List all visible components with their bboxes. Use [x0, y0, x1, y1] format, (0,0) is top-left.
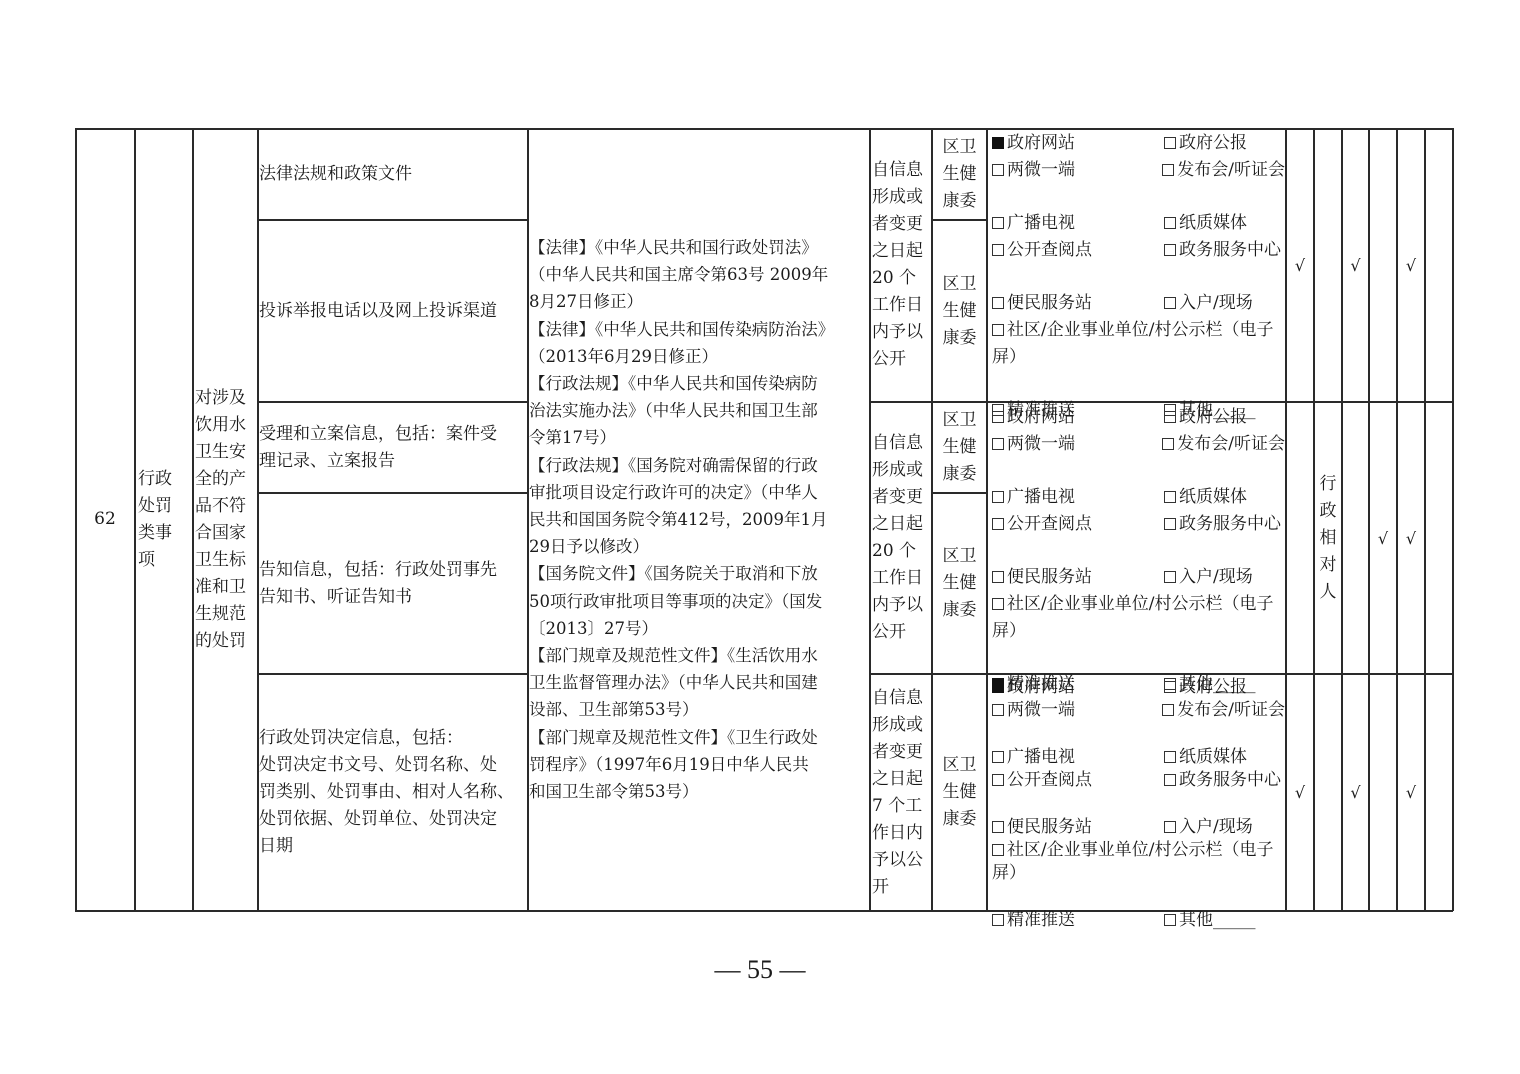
channel-row: 广播电视 纸质媒体 [992, 746, 1285, 769]
item-category: 行政 处罚 类事 项 [136, 129, 192, 910]
checkbox-empty-icon [992, 297, 1004, 309]
checkbox-empty-icon [1164, 821, 1176, 833]
channel-row: 社区/企业事业单位/村公示栏（电子屏） [992, 317, 1285, 370]
basis-line: （2013年6月29日修正） [529, 343, 869, 370]
mark-cell [1287, 403, 1313, 673]
checkbox-empty-icon [1162, 704, 1174, 716]
basis-line: 【法律】《中华人民共和国行政处罚法》 [529, 234, 869, 261]
checkmark-icon: √ [1350, 779, 1360, 806]
row-number: 62 [76, 129, 134, 910]
checkbox-empty-icon [1164, 491, 1176, 503]
basis-line: （中华人民共和国主席令第63号 2009年 [529, 261, 869, 288]
basis-line: 29日予以修改） [529, 533, 869, 560]
basis-line: 治法实施办法》（中华人民共和国卫生部 [529, 397, 869, 424]
mark-cell: √ [1287, 675, 1313, 910]
content-item-case-filing: 受理和立案信息，包括：案件受 理记录、立案报告 [259, 403, 527, 492]
item-category-text: 行政 处罚 类事 项 [138, 466, 172, 574]
checkbox-empty-icon [992, 411, 1004, 423]
content-item-laws-policies: 法律法规和政策文件 [259, 129, 527, 219]
responsible-dept: 区卫 生健 康委 [933, 675, 986, 910]
channel-row: 便民服务站 入户/现场 [992, 290, 1285, 317]
mark-cell: √ [1343, 675, 1368, 910]
document-page: 62 行政 处罚 类事 项 对涉及 饮用水 卫生安 全的产 品不符 合国家 卫生… [0, 0, 1520, 1074]
basis-line: 【法律】《中华人民共和国传染病防治法》 [529, 316, 869, 343]
checkmark-icon: √ [1406, 252, 1416, 279]
disclosure-channels-group-3: 政府网站 政府公报 两微一端 发布会/听证会 广播电视 纸质媒体 公开查阅点 政… [988, 675, 1285, 910]
checkbox-empty-icon [992, 774, 1004, 786]
channel-row: 两微一端 发布会/听证会 [992, 699, 1285, 722]
basis-line: 〔2013〕27号） [529, 615, 869, 642]
mark-cell [1370, 675, 1396, 910]
channel-row: 两微一端 发布会/听证会 [992, 431, 1285, 458]
basis-line: 审批项目设定行政许可的决定》（中华人 [529, 479, 869, 506]
checkbox-empty-icon [992, 217, 1004, 229]
mark-cell: √ [1287, 129, 1313, 401]
checkbox-empty-icon [1162, 164, 1174, 176]
checkbox-empty-icon [992, 844, 1004, 856]
content-item-complaint-channels: 投诉举报电话以及网上投诉渠道 [259, 221, 527, 401]
channel-row: 两微一端 发布会/听证会 [992, 157, 1285, 184]
responsible-dept: 区卫 生健 康委 [933, 129, 986, 219]
item-subject: 对涉及 饮用水 卫生安 全的产 品不符 合国家 卫生标 准和卫 生规范 的处罚 [194, 129, 257, 910]
checkmark-icon: √ [1406, 525, 1416, 552]
content-item-notification: 告知信息，包括：行政处罚事先 告知书、听证告知书 [259, 494, 527, 673]
basis-line: 【行政法规】《中华人民共和国传染病防 [529, 370, 869, 397]
mark-cell: √ [1398, 403, 1424, 673]
target-audience: 行 政 相 对 人 [1315, 403, 1341, 673]
channel-row: 公开查阅点 政务服务中心 [992, 237, 1285, 264]
mark-cell [1426, 675, 1452, 910]
content-item-penalty-decision: 行政处罚决定信息，包括： 处罚决定书文号、处罚名称、处 罚类别、处罚事由、相对人… [259, 675, 527, 910]
disclosure-deadline-group-1: 自信息 形成或 者变更 之日起 20 个 工作日 内予以 公开 [872, 129, 931, 401]
checkbox-empty-icon [992, 438, 1004, 450]
checkbox-empty-icon [1164, 751, 1176, 763]
responsible-dept: 区卫 生健 康委 [933, 403, 986, 492]
row-number-text: 62 [94, 506, 116, 533]
basis-line: 卫生监督管理办法》（中华人民共和国建 [529, 669, 869, 696]
checkbox-checked-icon [992, 137, 1004, 149]
legal-basis: 【法律】《中华人民共和国行政处罚法》 （中华人民共和国主席令第63号 2009年… [529, 234, 869, 805]
responsible-dept: 区卫 生健 康委 [933, 494, 986, 673]
checkbox-empty-icon [992, 821, 1004, 833]
disclosure-channels-group-2: 政府网站 政府公报 两微一端 发布会/听证会 广播电视 纸质媒体 公开查阅点 政… [988, 403, 1285, 673]
disclosure-deadline-group-2: 自信息 形成或 者变更 之日起 20 个 工作日 内予以 公开 [872, 403, 931, 673]
checkmark-icon: √ [1350, 252, 1360, 279]
checkmark-icon: √ [1406, 779, 1416, 806]
checkmark-icon: √ [1378, 525, 1388, 552]
checkbox-empty-icon [1164, 137, 1176, 149]
basis-line: 民共和国国务院令第412号，2009年1月 [529, 506, 869, 533]
mark-cell [1426, 129, 1452, 401]
checkbox-empty-icon [992, 518, 1004, 530]
basis-line: 【国务院文件】《国务院关于取消和下放 [529, 560, 869, 587]
channel-row: 社区/企业事业单位/村公示栏（电子屏） [992, 839, 1285, 886]
basis-line: 【部门规章及规范性文件】《卫生行政处 [529, 724, 869, 751]
mark-cell: √ [1398, 675, 1424, 910]
channel-row: 精准推送 其他_____ [992, 909, 1285, 932]
basis-line: 8月27日修正） [529, 288, 869, 315]
responsible-dept: 区卫 生健 康委 [933, 221, 986, 401]
page-number: — 55 — [0, 955, 1520, 985]
basis-line: 罚程序》（1997年6月19日中华人民共 [529, 751, 869, 778]
channel-row: 广播电视 纸质媒体 [992, 484, 1285, 511]
checkbox-empty-icon [992, 598, 1004, 610]
disclosure-deadline-group-3: 自信息 形成或 者变更 之日起 7 个工 作日内 予以公 开 [872, 675, 931, 910]
mark-cell [1370, 129, 1396, 401]
checkbox-empty-icon [992, 244, 1004, 256]
checkbox-empty-icon [992, 324, 1004, 336]
checkbox-empty-icon [1164, 217, 1176, 229]
mark-cell [1343, 403, 1368, 673]
mark-cell [1315, 129, 1341, 401]
checkmark-icon: √ [1295, 252, 1305, 279]
channel-row: 政府网站 政府公报 [992, 130, 1285, 157]
checkbox-empty-icon [1164, 244, 1176, 256]
channel-row: 政府网站 政府公报 [992, 404, 1285, 431]
basis-line: 令第17号） [529, 424, 869, 451]
channel-row: 公开查阅点 政务服务中心 [992, 769, 1285, 792]
disclosure-channels-group-1: 政府网站 政府公报 两微一端 发布会/听证会 广播电视 纸质媒体 公开查阅点 政… [988, 129, 1285, 401]
checkbox-empty-icon [1164, 571, 1176, 583]
checkbox-empty-icon [1164, 518, 1176, 530]
checkbox-empty-icon [992, 914, 1004, 926]
basis-line: 【部门规章及规范性文件】《生活饮用水 [529, 642, 869, 669]
mark-cell: √ [1370, 403, 1396, 673]
mark-cell: √ [1343, 129, 1368, 401]
basis-line: 设部、卫生部第53号） [529, 696, 869, 723]
channel-row: 便民服务站 入户/现场 [992, 564, 1285, 591]
checkbox-empty-icon [1164, 914, 1176, 926]
mark-cell: √ [1398, 129, 1424, 401]
checkbox-empty-icon [992, 571, 1004, 583]
checkmark-icon: √ [1295, 779, 1305, 806]
checkbox-checked-icon [992, 681, 1004, 693]
checkbox-empty-icon [992, 491, 1004, 503]
channel-row: 便民服务站 入户/现场 [992, 816, 1285, 839]
channel-row: 社区/企业事业单位/村公示栏（电子屏） [992, 591, 1285, 644]
checkbox-empty-icon [992, 704, 1004, 716]
basis-line: 【行政法规】《国务院对确需保留的行政 [529, 452, 869, 479]
checkbox-empty-icon [1164, 411, 1176, 423]
checkbox-empty-icon [1162, 438, 1174, 450]
checkbox-empty-icon [1164, 681, 1176, 693]
basis-line: 和国卫生部令第53号） [529, 778, 869, 805]
mark-cell [1426, 403, 1452, 673]
checkbox-empty-icon [1164, 297, 1176, 309]
mark-cell [1315, 675, 1341, 910]
checkbox-empty-icon [1164, 774, 1176, 786]
checkbox-empty-icon [992, 751, 1004, 763]
basis-line: 50项行政审批项目等事项的决定》（国发 [529, 588, 869, 615]
item-subject-text: 对涉及 饮用水 卫生安 全的产 品不符 合国家 卫生标 准和卫 生规范 的处罚 [195, 385, 246, 655]
channel-row: 政府网站 政府公报 [992, 676, 1285, 699]
checkbox-empty-icon [992, 164, 1004, 176]
channel-row: 广播电视 纸质媒体 [992, 210, 1285, 237]
channel-row: 公开查阅点 政务服务中心 [992, 511, 1285, 538]
